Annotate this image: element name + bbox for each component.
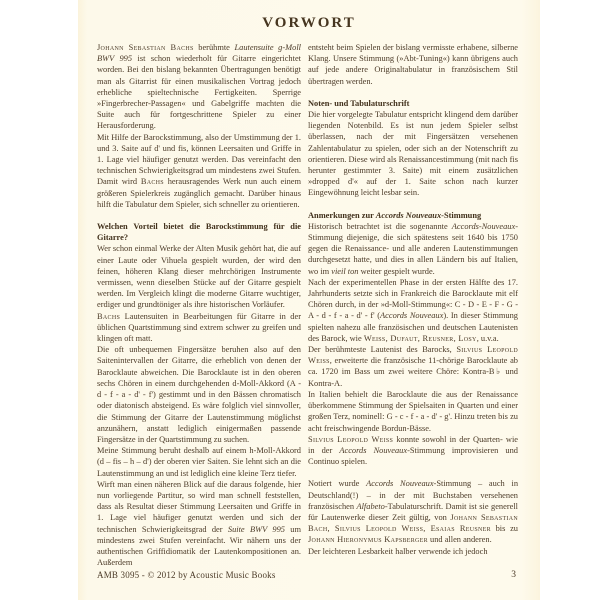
paragraph: Notiert wurde Accords Nouveaux-Stimmung … (308, 478, 518, 545)
paragraph: Silvius Leopold Weiss konnte sowohl in d… (308, 434, 518, 468)
paragraph: Wer schon einmal Werke der Alten Musik g… (97, 243, 301, 310)
section-heading: Welchen Vorteil bietet die Barockstimmun… (97, 221, 301, 243)
paragraph: Die hier vorgelegte Tabulatur entspricht… (308, 109, 518, 199)
book-page: VORWORT Johann Sebastian Bachs berühmte … (78, 0, 540, 600)
imprint-footer: AMB 3095 - © 2012 by Acoustic Music Book… (97, 570, 276, 580)
paragraph: Der berühmteste Lautenist des Barocks, S… (308, 344, 518, 389)
paragraph: Mit Hilfe der Barockstimmung, also der U… (97, 132, 301, 210)
page-title: VORWORT (78, 0, 540, 32)
paragraph: Bachs Lautensuiten in Bearbeitungen für … (97, 311, 301, 345)
paragraph: Historisch betrachtet ist die sogenannte… (308, 221, 518, 277)
paragraph: Johann Sebastian Bachs berühmte Lautensu… (97, 42, 301, 132)
section-heading: Anmerkungen zur Accords Nouveaux-Stimmun… (308, 210, 518, 221)
paragraph: entsteht beim Spielen der bislang vermis… (308, 42, 518, 87)
paragraph: Nach der experimentellen Phase in der er… (308, 277, 518, 344)
page-number: 3 (511, 570, 516, 580)
text-columns: Johann Sebastian Bachs berühmte Lautensu… (78, 42, 540, 569)
paragraph: Meine Stimmung beruht deshalb auf einem … (97, 445, 301, 479)
paragraph: Wirft man einen näheren Blick auf die da… (97, 479, 301, 569)
left-column: Johann Sebastian Bachs berühmte Lautensu… (97, 42, 301, 569)
section-heading: Noten- und Tabulaturschrift (308, 98, 518, 109)
paragraph: Die oft unbequemen Fingersätze beruhen a… (97, 344, 301, 445)
right-column: entsteht beim Spielen der bislang vermis… (308, 42, 518, 569)
paragraph: Der leichteren Lesbarkeit halber verwend… (308, 546, 518, 557)
paragraph: In Italien behielt die Barocklaute die a… (308, 389, 518, 434)
